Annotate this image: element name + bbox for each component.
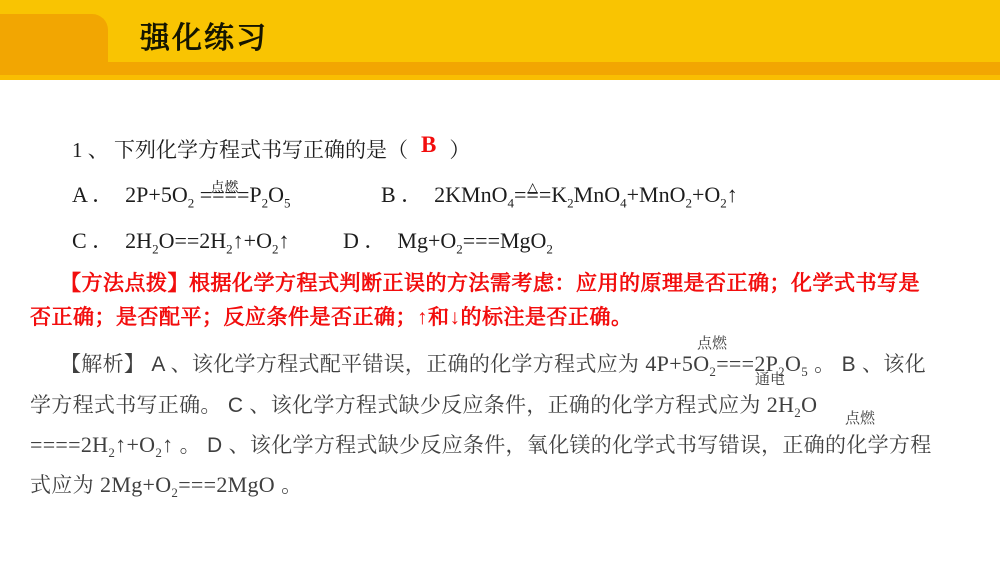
text-segment: O <box>268 182 284 207</box>
text-segment: ↑ <box>727 182 738 207</box>
question-line: 1 、 下列化学方程式书写正确的是（B） <box>72 137 470 163</box>
text-segment: O <box>801 392 817 417</box>
text-segment: P <box>249 182 261 207</box>
reaction-condition-stack: △=== <box>514 182 551 207</box>
analysis-line-1: 【解析】 A 、该化学方程式配平错误，正确的化学方程式应为 4P+5O2===2… <box>60 351 926 377</box>
text-segment: A ． 2P+5O <box>72 182 188 207</box>
text-segment: 学方程式书写正确。 C 、该化学方程式缺少反应条件，正确的化学方程式应为 <box>30 394 767 417</box>
text-segment: 【方法点拨】根据化学方程式判断正误的方法需考虑：应用的原理是否正确；化学式书写是 <box>60 272 920 295</box>
text-segment: K <box>551 182 567 207</box>
text-segment: ↑ <box>278 228 289 253</box>
text-segment: ====2H <box>30 432 108 457</box>
text-segment: 。 <box>275 474 302 497</box>
text-segment: 【解析】 A 、该化学方程式配平错误，正确的化学方程式应为 <box>60 353 645 376</box>
analysis-line-3: ====2H2↑+O2↑ 。 D 、该化学方程式缺少反应条件，氧化镁的化学式书写… <box>30 432 932 458</box>
text-segment: C ． 2H <box>72 228 152 253</box>
text-segment: ↑+O <box>233 228 272 253</box>
subscript: 2 <box>546 241 553 256</box>
text-segment: +MnO <box>627 182 686 207</box>
option-c: C ． 2H2O==2H2↑+O2↑ <box>72 228 289 253</box>
text-segment: ↑ <box>162 432 173 457</box>
slide: 强化练习 1 、 下列化学方程式书写正确的是（B）A ． 2P+5O2 点燃==… <box>0 0 1000 563</box>
text-segment: 。 B 、该化 <box>808 353 926 376</box>
text-segment: 。 D 、该化学方程式缺少反应条件，氧化镁的化学式书写错误，正确的化学方程 <box>173 434 931 457</box>
text-segment: 4P+5O <box>645 351 709 376</box>
text-segment: ↑+O <box>115 432 155 457</box>
floating-condition-label: 点燃 <box>845 411 875 426</box>
text-segment: 2H <box>767 392 795 417</box>
answer-letter: B <box>421 132 436 157</box>
condition-label: △ <box>527 180 538 194</box>
text-segment: O <box>785 351 801 376</box>
text-segment: MnO <box>574 182 620 207</box>
text-segment: D ． Mg+O <box>343 228 456 253</box>
option-b: B ． 2KMnO4△===K2MnO4+MnO2+O2↑ <box>381 182 738 207</box>
text-segment: 式应为 <box>30 474 100 497</box>
text-segment: O==2H <box>159 228 227 253</box>
text-segment: +O <box>692 182 720 207</box>
method-tip-line-1: 【方法点拨】根据化学方程式判断正误的方法需考虑：应用的原理是否正确；化学式书写是 <box>60 272 920 296</box>
subscript: 5 <box>284 195 291 210</box>
subscript: 5 <box>801 364 808 379</box>
option-d: D ． Mg+O2===MgO2 <box>343 228 553 253</box>
method-tip-line-2: 否正确；是否配平；反应条件是否正确；↑和↓的标注是否正确。 <box>30 306 633 330</box>
content: 1 、 下列化学方程式书写正确的是（B）A ． 2P+5O2 点燃====P2O… <box>0 0 1000 563</box>
text-segment: 下列化学方程式书写正确的是（ <box>114 139 408 162</box>
text-segment: B ． 2KMnO <box>381 182 508 207</box>
text-segment: ===MgO <box>463 228 547 253</box>
text-segment: 2Mg+O <box>100 472 171 497</box>
floating-condition-label: 通电 <box>755 372 785 387</box>
text-segment: 否正确；是否配平；反应条件是否正确；↑和↓的标注是否正确。 <box>30 306 633 329</box>
text-segment: 1 、 <box>72 138 114 162</box>
condition-label: 点燃 <box>211 180 239 194</box>
text-segment: ） <box>449 139 470 162</box>
reaction-condition-stack: 点燃==== <box>200 182 250 207</box>
analysis-line-4: 式应为 2Mg+O2===2MgO 。 <box>30 472 302 498</box>
option-a: A ． 2P+5O2 点燃====P2O5 <box>72 182 291 207</box>
floating-condition-label: 点燃 <box>697 336 727 351</box>
analysis-line-2: 学方程式书写正确。 C 、该化学方程式缺少反应条件，正确的化学方程式应为 2H2… <box>30 392 817 418</box>
text-segment: ===2MgO <box>178 472 275 497</box>
